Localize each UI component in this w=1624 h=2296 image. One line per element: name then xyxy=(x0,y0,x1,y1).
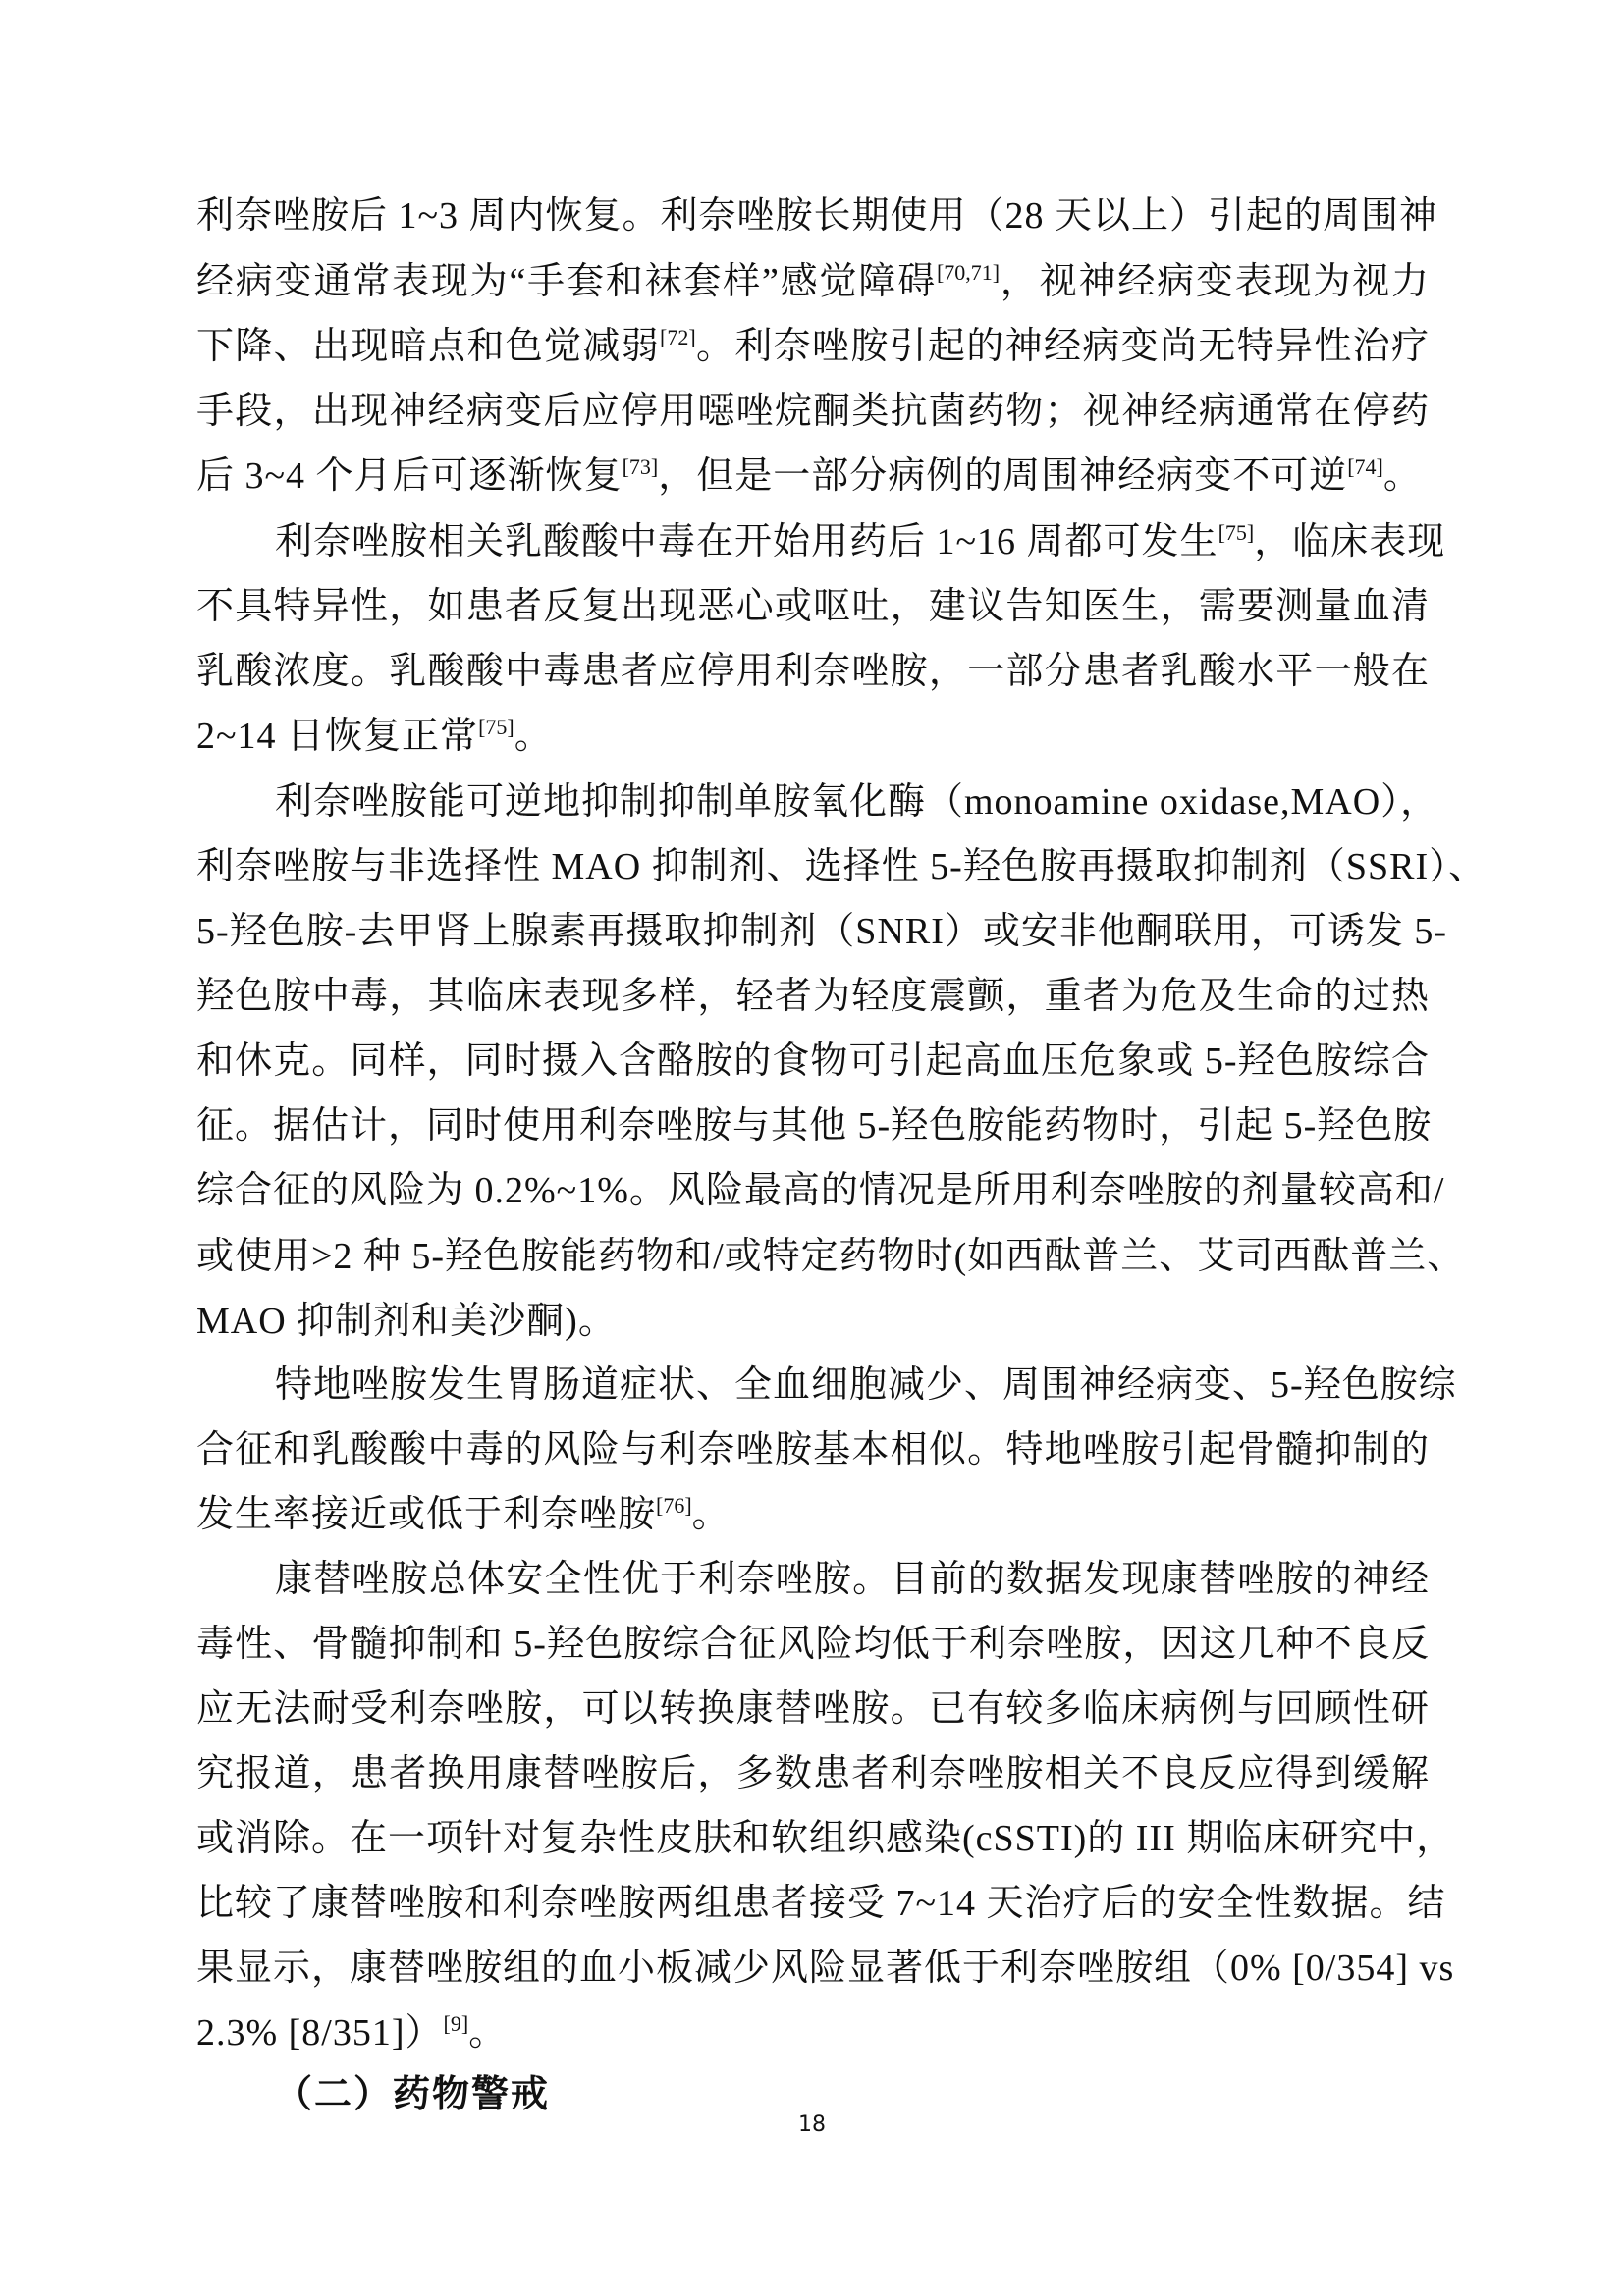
citation: [72] xyxy=(660,325,696,349)
citation: [74] xyxy=(1347,454,1383,479)
text-line: 和休克。同样，同时摄入含酪胺的食物可引起高血压危象或 5-羟色胺综合 xyxy=(196,1029,1430,1094)
text-line: 毒性、骨髓抑制和 5-羟色胺综合征风险均低于利奈唑胺，因这几种不良反 xyxy=(196,1612,1430,1677)
text-line: 或使用>2 种 5-羟色胺能药物和/或特定药物时(如西酞普兰、艾司西酞普兰、 xyxy=(196,1224,1430,1289)
text-line: 5-羟色胺-去甲肾上腺素再摄取抑制剂（SNRI）或安非他酮联用，可诱发 5- xyxy=(196,899,1430,964)
text-line: 利奈唑胺后 1~3 周内恢复。利奈唑胺长期使用（28 天以上）引起的周围神 xyxy=(196,184,1430,248)
citation: [76] xyxy=(656,1493,692,1518)
text-line: 利奈唑胺与非选择性 MAO 抑制剂、选择性 5-羟色胺再摄取抑制剂（SSRI）、 xyxy=(196,834,1430,899)
document-page: 利奈唑胺后 1~3 周内恢复。利奈唑胺长期使用（28 天以上）引起的周围神 经病… xyxy=(0,0,1624,2296)
text-line: 果显示，康替唑胺组的血小板减少风险显著低于利奈唑胺组（0% [0/354] vs xyxy=(196,1936,1430,2001)
citation: [73] xyxy=(623,454,659,479)
text-line: 综合征的风险为 0.2%~1%。风险最高的情况是所用利奈唑胺的剂量较高和/ xyxy=(196,1158,1430,1223)
text-line: 比较了康替唑胺和利奈唑胺两组患者接受 7~14 天治疗后的安全性数据。结 xyxy=(196,1871,1430,1936)
citation: [75] xyxy=(478,715,514,739)
text-line: 应无法耐受利奈唑胺，可以转换康替唑胺。已有较多临床病例与回顾性研 xyxy=(196,1677,1430,1741)
paragraph-first-line: 特地唑胺发生胃肠道症状、全血细胞减少、周围神经病变、5-羟色胺综 xyxy=(275,1353,1430,1417)
citation: [9] xyxy=(444,2011,469,2036)
text-line: 不具特异性，如患者反复出现恶心或呕吐，建议告知医生，需要测量血清 xyxy=(196,574,1430,639)
citation: [70,71] xyxy=(937,260,1000,285)
text-line: 后 3~4 个月后可逐渐恢复[73]，但是一部分病例的周围神经病变不可逆[74]… xyxy=(196,444,1430,508)
text-line: 羟色胺中毒，其临床表现多样，轻者为轻度震颤，重者为危及生命的过热 xyxy=(196,964,1430,1029)
text-line: 下降、出现暗点和色觉减弱[72]。利奈唑胺引起的神经病变尚无特异性治疗 xyxy=(196,314,1430,379)
text-line: 征。据估计，同时使用利奈唑胺与其他 5-羟色胺能药物时，引起 5-羟色胺 xyxy=(196,1094,1430,1158)
text-line: 发生率接近或低于利奈唑胺[76]。 xyxy=(196,1482,1430,1547)
paragraph-first-line: 康替唑胺总体安全性优于利奈唑胺。目前的数据发现康替唑胺的神经 xyxy=(275,1547,1430,1612)
citation: [75] xyxy=(1218,520,1255,545)
text-line: MAO 抑制剂和美沙酮)。 xyxy=(196,1289,1430,1354)
paragraph-first-line: 利奈唑胺能可逆地抑制抑制单胺氧化酶（monoamine oxidase,MAO）… xyxy=(275,770,1430,834)
page-number: 18 xyxy=(0,2112,1624,2137)
text-line: 2.3% [8/351]）[9]。 xyxy=(196,2001,1430,2065)
text-line: 乳酸浓度。乳酸酸中毒患者应停用利奈唑胺，一部分患者乳酸水平一般在 xyxy=(196,639,1430,704)
text-line: 或消除。在一项针对复杂性皮肤和软组织感染(cSSTI)的 III 期临床研究中， xyxy=(196,1806,1430,1871)
paragraph-first-line: 利奈唑胺相关乳酸酸中毒在开始用药后 1~16 周都可发生[75]，临床表现 xyxy=(275,509,1430,574)
text-line: 手段，出现神经病变后应停用噁唑烷酮类抗菌药物；视神经病通常在停药 xyxy=(196,379,1430,444)
text-line: 2~14 日恢复正常[75]。 xyxy=(196,704,1430,769)
text-line: 合征和乳酸酸中毒的风险与利奈唑胺基本相似。特地唑胺引起骨髓抑制的 xyxy=(196,1417,1430,1482)
text-line: 经病变通常表现为“手套和袜套样”感觉障碍[70,71]，视神经病变表现为视力 xyxy=(196,249,1430,314)
text-line: 究报道，患者换用康替唑胺后，多数患者利奈唑胺相关不良反应得到缓解 xyxy=(196,1741,1430,1806)
